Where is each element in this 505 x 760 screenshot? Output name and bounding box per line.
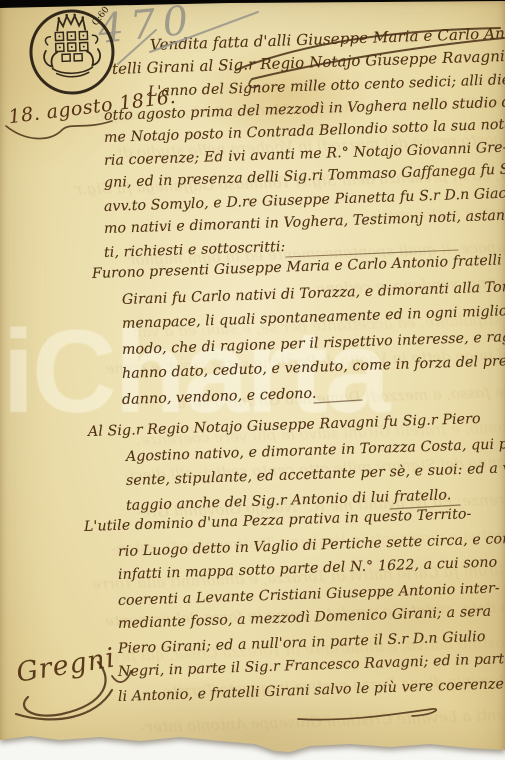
manuscript-line: Al Sig.r Regio Notajo Giuseppe Ravagni f… xyxy=(88,411,481,440)
manuscript-line: hanno dato, ceduto, e venduto, come in f… xyxy=(122,352,505,382)
manuscript-line: danno, vendono, e cedono. xyxy=(122,386,317,408)
manuscript-line: li Antonio, e fratelli Girani salvo le p… xyxy=(118,676,505,705)
bleed-through-line: coerenti a Levante Cristiani Giuseppe An… xyxy=(0,705,505,745)
manuscript-line: menapace, li quali spontaneamente ed in … xyxy=(122,303,505,332)
manuscript-line: ti, richiesti e sottoscritti: xyxy=(104,239,286,261)
manuscript-line: modo, che di ragione per il rispettivo i… xyxy=(122,328,505,358)
manuscript-line: Agostino nativo, e dimorante in Torazza … xyxy=(126,436,505,465)
paper-sheet-wrap: Vendita fatta d'alli Giuseppe Maria e Ca… xyxy=(0,0,505,760)
manuscript-line: mediante fosso, a mezzodì Domenico Giran… xyxy=(118,603,492,631)
scanned-manuscript-document: Vendita fatta d'alli Giuseppe Maria e Ca… xyxy=(0,0,505,760)
manuscript-line: Girani fu Carlo nativi di Torazza, e dim… xyxy=(122,279,505,308)
manuscript-line: Negri, in parte il Sig.r Francesco Ravag… xyxy=(118,651,505,680)
manuscript-line: sente, stipulante, ed accettante per sè,… xyxy=(126,459,505,489)
aged-paper-sheet: Vendita fatta d'alli Giuseppe Maria e Ca… xyxy=(0,0,505,760)
official-bollo-stamp-icon: C:60 xyxy=(22,4,121,101)
manuscript-line: infatti in mappa sotto parte del N.° 162… xyxy=(118,555,498,584)
notary-signature: Gregni xyxy=(14,642,117,688)
